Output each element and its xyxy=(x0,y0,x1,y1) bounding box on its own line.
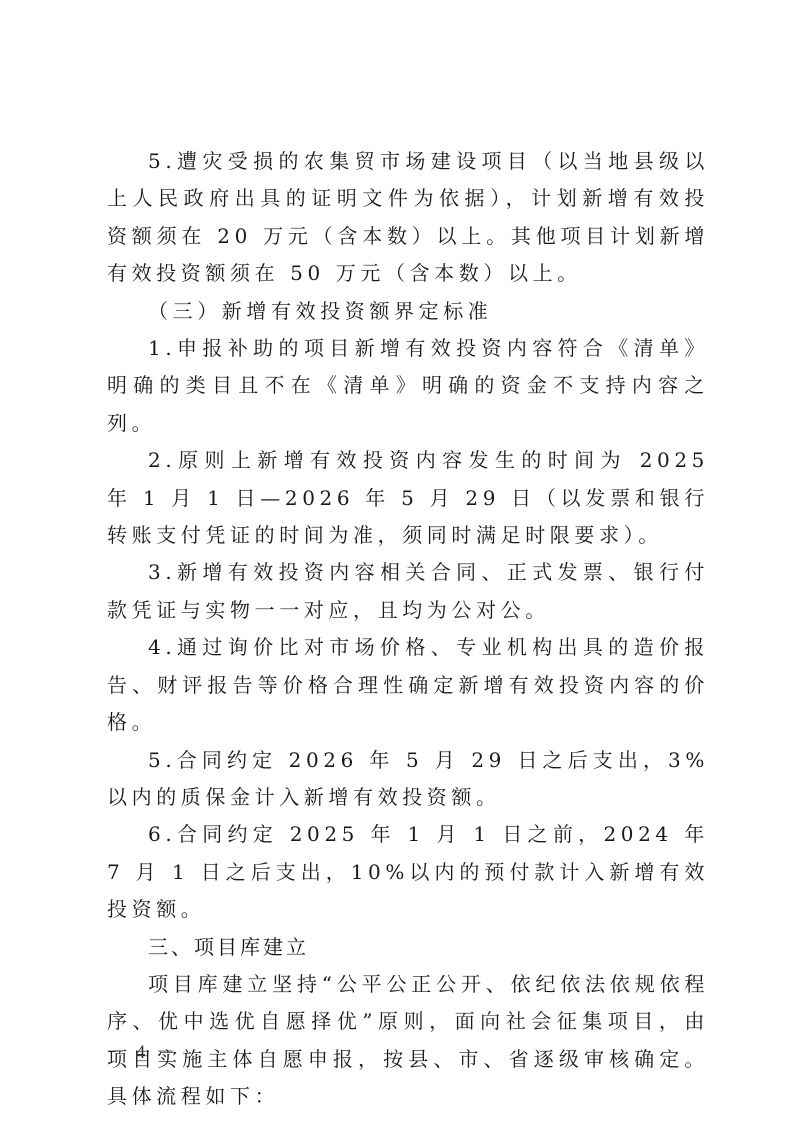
section-3-body-paragraph: 项目库建立坚持“公平公正公开、依纪依法依规依程序、优中选优自愿择优”原则，面向社… xyxy=(107,966,709,1116)
criteria-item-2: 2.原则上新增有效投资内容发生的时间为 2025 年 1 月 1 日—2026 … xyxy=(107,442,709,554)
criteria-item-4: 4.通过询价比对市场价格、专业机构出具的造价报告、财评报告等价格合理性确定新增有… xyxy=(107,629,709,741)
criteria-item-3: 3.新增有效投资内容相关合同、正式发票、银行付款凭证与实物一一对应，且均为公对公… xyxy=(107,554,709,629)
criteria-item-1: 1.申报补助的项目新增有效投资内容符合《清单》明确的类目且不在《清单》明确的资金… xyxy=(107,330,709,442)
page-number: － 4 － xyxy=(106,1037,178,1064)
criteria-item-5: 5.合同约定 2026 年 5 月 29 日之后支出，3%以内的质保金计入新增有… xyxy=(107,742,709,817)
paragraph-item-5-disaster-markets: 5.遭灾受损的农集贸市场建设项目（以当地县级以上人民政府出具的证明文件为依据），… xyxy=(107,143,709,293)
section-heading-project-library: 三、项目库建立 xyxy=(107,929,709,966)
document-page: 5.遭灾受损的农集贸市场建设项目（以当地县级以上人民政府出具的证明文件为依据），… xyxy=(107,143,709,1116)
subheading-investment-criteria: （三）新增有效投资额界定标准 xyxy=(107,293,709,330)
criteria-item-6: 6.合同约定 2025 年 1 月 1 日之前，2024 年 7 月 1 日之后… xyxy=(107,816,709,928)
